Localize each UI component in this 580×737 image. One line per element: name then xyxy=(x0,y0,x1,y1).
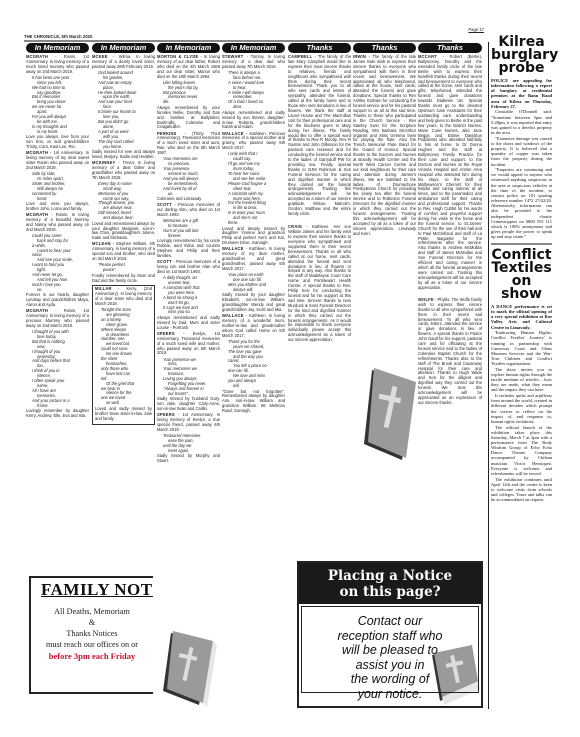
spacer xyxy=(288,218,351,224)
notice-text: - Phyllis. The Wolfe family wish to expr… xyxy=(418,297,482,405)
notice-sign: Fondly remembered by Mum and Dad and the… xyxy=(92,274,155,284)
news-paragraph: The official launch of the exhibition ta… xyxy=(491,425,552,477)
notice-entry: WALLACE - Kathleen. In loving memory of … xyxy=(222,247,285,272)
family-notices-deadline: before 3pm each Friday xyxy=(31,651,153,661)
news-paragraph: "Enquiries are continuing and we would a… xyxy=(491,167,552,239)
news-paragraph: It includes quilts and arpilleras from a… xyxy=(491,393,552,424)
notice-sign: Lovingly remembered by his uncle Robbie,… xyxy=(157,239,220,259)
notice-poem: Like falling leavesthe years slip by,But… xyxy=(157,81,220,106)
notice-sign: Forever in our hearts, daughter Lyndsay … xyxy=(26,293,89,308)
thanks-column-2: Thanks IRWIN - The family of the late Ja… xyxy=(353,43,416,238)
notice-entry: IRWIN - The family of the late James Irw… xyxy=(353,55,416,237)
notice-text: - Kathleen. Her son William James and hi… xyxy=(288,224,351,342)
notice-poem: Your memories areso precious,Your presen… xyxy=(157,157,220,196)
memoriam-column-1: In Memoriam MCGRATH - Roisin, 1st Annive… xyxy=(26,43,89,420)
placing-notice-line: your notice. xyxy=(302,687,478,702)
notice-poem: There is always aface before me,A voice … xyxy=(222,71,285,110)
placing-notice-box: Placing a Notice on this page? Contact o… xyxy=(297,561,483,708)
notice-poem: I thought of you withlove today,But that… xyxy=(26,330,89,409)
page-number: Page 17 xyxy=(468,27,484,32)
notice-sign: Sadly missed by husband Gary, son Jake, … xyxy=(157,397,220,412)
family-notices-line: & xyxy=(31,617,153,628)
thanks-column-3: Thanks MCCART - Robert (Bertie), Ballymo… xyxy=(418,43,482,407)
notice-poem: Tonight the starsare gleamingon a lonely… xyxy=(95,308,152,406)
thanks-column-1: Thanks CAMPBELL - The family of the late… xyxy=(288,43,351,344)
family-notices-line: All Deaths, Memoriam xyxy=(31,606,153,617)
placing-notice-line: assist you in xyxy=(302,658,478,673)
notice-entry: MCKEE - Wilma. In loving memory of a dea… xyxy=(92,55,155,70)
notice-sign: Sadly missed by Murphy and Stuart. xyxy=(157,454,220,464)
notice-entry: MCLEAN - Stephen William, 4th Anniversar… xyxy=(92,242,155,262)
boxed-notice: MILLAR - Kerry, (2nd Anniversary). In lo… xyxy=(92,285,155,425)
news-headline: Kilrea burglary probe xyxy=(491,36,552,75)
section-header-memoriam: In Memoriam xyxy=(26,43,89,53)
notice-poem: "Peace perfectpeace". xyxy=(92,263,155,273)
bible-icon xyxy=(159,625,219,709)
notice-poem: God looked aroundhis garden,And saw an e… xyxy=(92,71,155,150)
notice-poem: Every day in somesmall way,Memories of y… xyxy=(92,182,155,221)
placing-notice-line: Contact our xyxy=(302,614,478,629)
notice-text: - The family of the late Mary Campbell w… xyxy=(288,54,351,216)
news-column: Kilrea burglary probe POLICE are appeali… xyxy=(491,36,552,503)
notice-entry: SPEERS - Evelyn, 1st Anniversary. Treasu… xyxy=(157,332,220,357)
section-header-memoriam: In Memoriam xyxy=(92,43,155,53)
news-paragraph: "Extensive damage was caused to the door… xyxy=(491,136,552,167)
column-divider xyxy=(488,42,489,709)
section-header-thanks: Thanks xyxy=(288,43,351,53)
notice-entry: STEWART - Tommy. In loving memory of a d… xyxy=(222,55,285,70)
notice-sign: Sadly missed by your daughter Elizabeth,… xyxy=(222,293,285,313)
notice-entry: PERKINS - (Thirty Third Anniversary). Tr… xyxy=(157,132,220,157)
family-notices-line: must reach our offices on or xyxy=(31,639,153,650)
notice-sign: Loved and remembered always by your daug… xyxy=(92,222,155,242)
placing-notice-title-line: on this page? xyxy=(301,584,479,600)
news-lead: POLICE are appealing for information fol… xyxy=(491,78,552,109)
notice-poem: Could you comeback and stay fora while,I… xyxy=(26,234,89,293)
notice-sign: Love you always, love from your son Kris… xyxy=(26,135,89,150)
news-paragraph: Constable O'Donnell said: "Sometime betw… xyxy=(491,109,552,135)
news-paragraph: The show invites you to explore human ri… xyxy=(491,367,552,393)
section-header-thanks: Thanks xyxy=(418,43,482,53)
notice-entry: MCCART - Robert (Bertie), Ballymoney. Do… xyxy=(418,55,482,291)
notice-poem: Treasured memoriesease the pain,until th… xyxy=(157,434,220,454)
notice-entry: MORTON & CLYDE - In loving memory of our… xyxy=(157,55,220,80)
placing-notice-title: Placing a Notice on this page? xyxy=(299,563,481,604)
notice-sign: Loved and sadly missed by brother Sean s… xyxy=(95,407,152,422)
family-notices-box: FAMILY NOTICES All Deaths, Memoriam & Th… xyxy=(29,576,153,694)
news-paragraph: The exhibition continues until April 12t… xyxy=(491,477,552,503)
notice-entry: CRAIG - Kathleen. Her son William James … xyxy=(288,225,351,343)
notice-entry: MCGRATH - Roisin. In loving memory of a … xyxy=(26,213,89,233)
section-header-memoriam: In Memoriam xyxy=(222,43,285,53)
notice-sign: Love and miss you always, brother John, … xyxy=(26,202,89,212)
notice-sign: Always remembered by your families Nelli… xyxy=(157,106,220,131)
placing-notice-title-line: Placing a Notice xyxy=(301,568,479,584)
bible-icon xyxy=(358,364,418,464)
memoriam-column-2: In Memoriam MCKEE - Wilma. In loving mem… xyxy=(92,43,155,425)
notice-sign: Loved and deeply missed by daughter Yvon… xyxy=(222,227,285,247)
placing-notice-line: reception staff who xyxy=(302,629,478,644)
masthead: THE CHRONICLE, 5th March 2020 xyxy=(24,34,92,39)
placing-notice-line: will be pleased to xyxy=(302,643,478,658)
notice-entry: WOLFE - Phyllis. The Wolfe family wish t… xyxy=(418,298,482,406)
header-rule xyxy=(24,40,452,42)
notice-entry: MCKINNEY - Trevor. In loving memory of a… xyxy=(92,161,155,181)
news-lead: A DANCE performance is set to mark the o… xyxy=(491,304,552,330)
memoriam-column-4: In Memoriam STEWART - Tommy. In loving m… xyxy=(222,43,285,415)
notice-poem: Your place on earthone one can fill,Miss… xyxy=(222,273,285,293)
notice-entry: MILLAR - Kerry, (2nd Anniversary). In lo… xyxy=(95,287,152,307)
notice-entry: MCGRATH - 1st Anniversary. In loving mem… xyxy=(26,151,89,171)
notice-sign: "Gone but not forgotten". Remembered alw… xyxy=(222,390,285,415)
notice-poem: Side by side,Or miles apart,Sister and b… xyxy=(26,172,89,201)
notice-sign: Always remembered and sadly missed by Da… xyxy=(157,316,220,331)
notice-sign: Sadly missed for ever and always loved, … xyxy=(92,150,155,160)
notice-entry: SCOTT - Precious memories of our darling… xyxy=(157,203,220,218)
notice-sign: Lovingly remember by daughter Kerry, And… xyxy=(26,409,89,419)
notice-entry: CAMPBELL - The family of the late Mary C… xyxy=(288,55,351,217)
notice-poem: Thank you for theyears we shared,The lov… xyxy=(222,340,285,389)
family-notices-line: Thanks Notices xyxy=(31,628,153,639)
notice-poem: Your presence wemiss,Your memories wetre… xyxy=(157,358,220,397)
placing-notice-body: Contact our reception staff who will be … xyxy=(301,606,479,693)
family-notices-title: FAMILY NOTICES xyxy=(31,580,153,600)
notice-entry: SPEERS - 1st Anniversary. In loving memo… xyxy=(157,413,220,433)
notice-text: - Robert (Bertie), Ballymoney. Dorothy a… xyxy=(418,54,482,290)
memoriam-column-3: In Memoriam MORTON & CLYDE - In loving m… xyxy=(157,43,220,465)
notice-entry: WALLACE - Kathleen. In loving memory of … xyxy=(222,314,285,339)
notice-poem: Memories are a giftto treasure,Ours of y… xyxy=(157,219,220,239)
notice-sign: Always remembered and sadly missed by so… xyxy=(222,111,285,131)
notice-entry: SCOTT - Precious memories of a loving so… xyxy=(157,260,220,275)
news-headline: Conflict Textiles on show xyxy=(491,249,552,301)
news-paragraph: 'Embracing Human Rights: Conflict Textil… xyxy=(491,330,552,366)
section-header-memoriam: In Memoriam xyxy=(157,43,220,53)
notice-poem: I only wish that Icould say,I'll go and … xyxy=(222,152,285,226)
notice-entry: MCGRATH - Roisin, 1st Anniversary. In lo… xyxy=(26,309,89,329)
notice-entry: WALLACE - Kathleen. Precious memories of… xyxy=(222,132,285,152)
notice-text: - The family of the late James Irwin wis… xyxy=(353,54,416,236)
article-separator xyxy=(491,243,552,245)
notice-poem: It has been one yearsince you left,We ha… xyxy=(26,76,89,135)
notice-entry: MCGRATH - Roisin, 1st Anniversary. In lo… xyxy=(26,55,89,75)
notice-poem: A daily thought, anunseen tear,A constan… xyxy=(157,276,220,315)
placing-notice-line: the wording of xyxy=(302,672,478,687)
section-header-thanks: Thanks xyxy=(353,43,416,53)
